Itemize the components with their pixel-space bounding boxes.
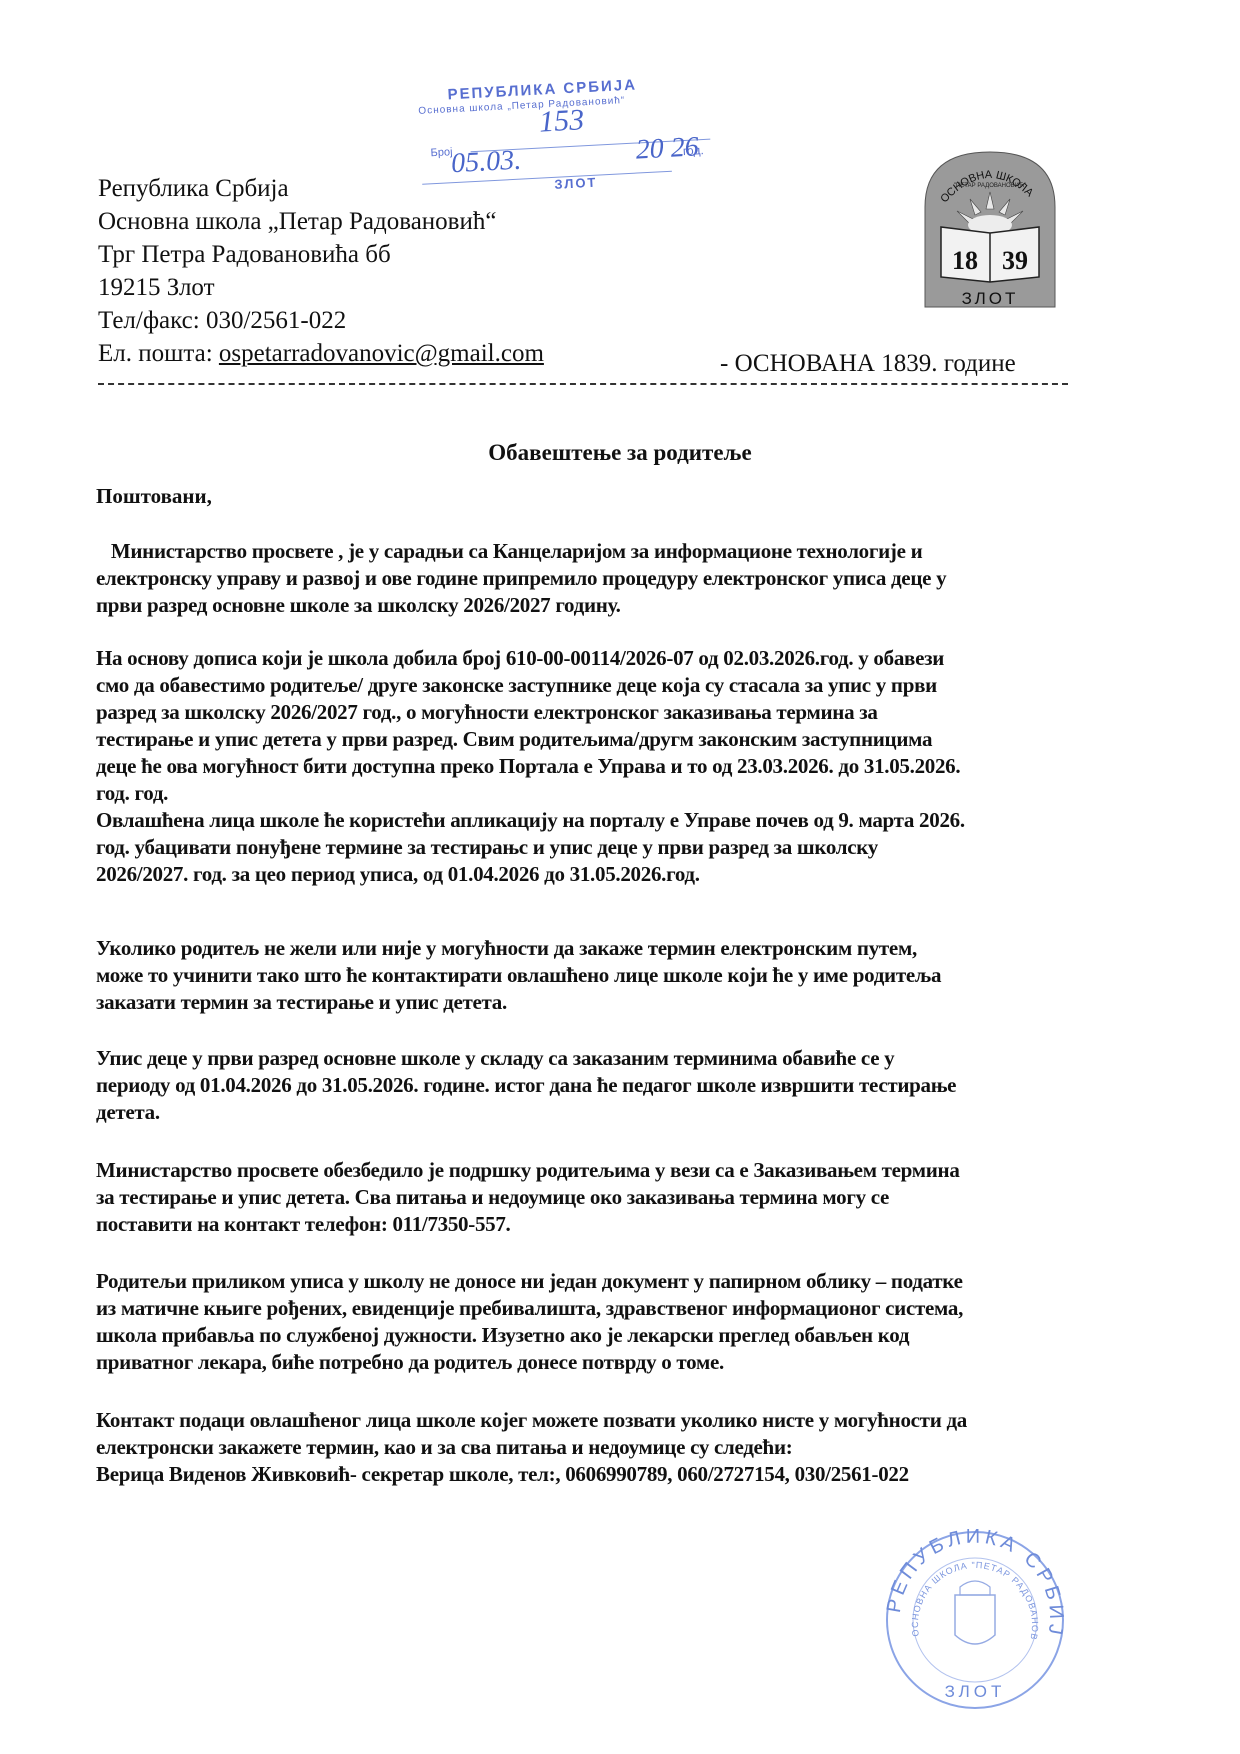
received-stamp-number: 153 (538, 103, 585, 139)
paragraph-line: први разред основне школе за школску 202… (96, 592, 1146, 619)
founded-note: - ОСНОВАНА 1839. године (720, 350, 1016, 378)
svg-text:ЗЛОТ: ЗЛОТ (945, 1682, 1006, 1701)
letterhead: Република Србија Основна школа „Петар Ра… (98, 172, 544, 370)
paragraph-line: детета. (96, 1099, 1146, 1126)
contact-person-line: Верица Виденов Живковић- секретар школе,… (96, 1461, 1146, 1488)
paragraph-line: На основу дописа који је школа добила бр… (96, 645, 1146, 672)
notice-title: Обавештење за родитеље (0, 440, 1240, 466)
paragraph-line: тестирање и упис детета у први разред. С… (96, 726, 1146, 753)
paragraph-line: из матичне књиге рођених, евиденције пре… (96, 1295, 1146, 1322)
paragraph-line: електронски закажете термин, као и за св… (96, 1434, 1146, 1461)
letterhead-address: Трг Петра Радовановића бб (98, 238, 544, 271)
paragraph-line: школа прибавља по службеној дужности. Из… (96, 1322, 1146, 1349)
paragraph-alternative: Уколико родитељ не жели или није у могућ… (96, 935, 1146, 1016)
paragraph-intro: Министарство просвете , је у сарадњи са … (96, 538, 1146, 619)
paragraph-decree: На основу дописа који је школа добила бр… (96, 645, 1146, 888)
paragraph-line: за тестирање и упис детета. Сва питања и… (96, 1184, 1146, 1211)
paragraph-line: Уколико родитељ не жели или није у могућ… (96, 935, 1146, 962)
svg-text:ЗЛОТ: ЗЛОТ (962, 289, 1019, 308)
paragraph-line: год. год. (96, 780, 1146, 807)
paragraph-line: год. убацивати понуђене термине за тести… (96, 834, 1146, 861)
paragraph-line: смо да обавестимо родитеље/ друге законс… (96, 672, 1146, 699)
paragraph-contact: Контакт подаци овлашћеног лица школе кој… (96, 1407, 1146, 1488)
paragraph-support: Министарство просвете обезбедило је подр… (96, 1157, 1146, 1238)
letterhead-school-name: Основна школа „Петар Радовановић“ (98, 205, 544, 238)
paragraph-line: деце ће ова могућност бити доступна прек… (96, 753, 1146, 780)
paragraph-line: Министарство просвете , је у сарадњи са … (96, 538, 1146, 565)
paragraph-line: 2026/2027. год. за цео период уписа, од … (96, 861, 1146, 888)
paragraph-line: разред за школску 2026/2027 год., о могу… (96, 699, 1146, 726)
paragraph-line: приватног лекара, биће потребно да родит… (96, 1349, 1146, 1376)
school-logo-icon: ОСНОВНА ШКОЛА "ПЕТАР РАДОВАНОВИЋ" 18 39 … (915, 147, 1065, 312)
letterhead-postal: 19215 Злот (98, 271, 544, 304)
svg-text:"ПЕТАР РАДОВАНОВИЋ": "ПЕТАР РАДОВАНОВИЋ" (954, 183, 1027, 189)
paragraph-line: Овлашћена лица школе ће користећи аплика… (96, 807, 1146, 834)
official-seal-icon: РЕПУБЛИКА СРБИЈА ОСНОВНА ШКОЛА "ПЕТАР РА… (880, 1525, 1070, 1715)
paragraph-line: Упис деце у први разред основне школе у … (96, 1045, 1146, 1072)
letterhead-email-label: Ел. пошта: (98, 340, 219, 367)
paragraph-enrollment-period: Упис деце у први разред основне школе у … (96, 1045, 1146, 1126)
received-stamp-place: ЗЛОТ (554, 175, 598, 192)
paragraph-line: поставити на контакт телефон: 011/7350-5… (96, 1211, 1146, 1238)
paragraph-line: заказати термин за тестирање и упис дете… (96, 989, 1146, 1016)
svg-text:18: 18 (952, 246, 978, 275)
paragraph-line: Министарство просвете обезбедило је подр… (96, 1157, 1146, 1184)
salutation: Поштовани, (96, 484, 212, 509)
received-stamp-year-suffix: год. (683, 143, 705, 158)
paragraph-line: може то учинити тако што ће контактирати… (96, 962, 1146, 989)
paragraph-line: Родитељи приликом уписа у школу не донос… (96, 1268, 1146, 1295)
letterhead-email-link[interactable]: ospetarradovanovic@gmail.com (219, 340, 544, 367)
letterhead-country: Република Србија (98, 172, 544, 205)
svg-text:39: 39 (1002, 246, 1028, 275)
paragraph-line: Контакт подаци овлашћеног лица школе кој… (96, 1407, 1146, 1434)
paragraph-line: периоду од 01.04.2026 до 31.05.2026. год… (96, 1072, 1146, 1099)
paragraph-documents: Родитељи приликом уписа у школу не донос… (96, 1268, 1146, 1376)
paragraph-line: електронску управу и развој и ове године… (96, 565, 1146, 592)
letterhead-phone: Тел/факс: 030/2561-022 (98, 304, 544, 337)
header-divider (98, 383, 1068, 385)
letterhead-email-row: Ел. пошта: ospetarradovanovic@gmail.com (98, 337, 544, 370)
